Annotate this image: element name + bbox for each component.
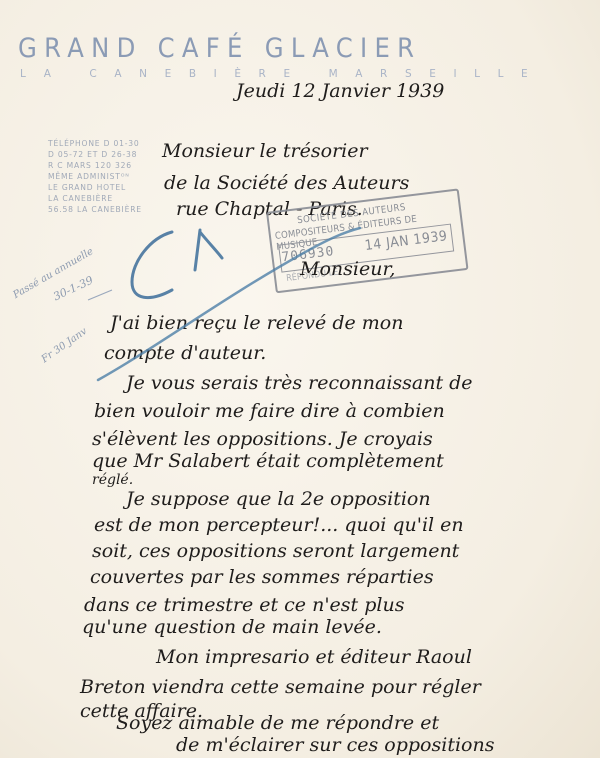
blue-pencil-marks	[0, 0, 600, 758]
blue-initials-icon	[132, 230, 222, 298]
blue-slash-line	[98, 228, 360, 380]
